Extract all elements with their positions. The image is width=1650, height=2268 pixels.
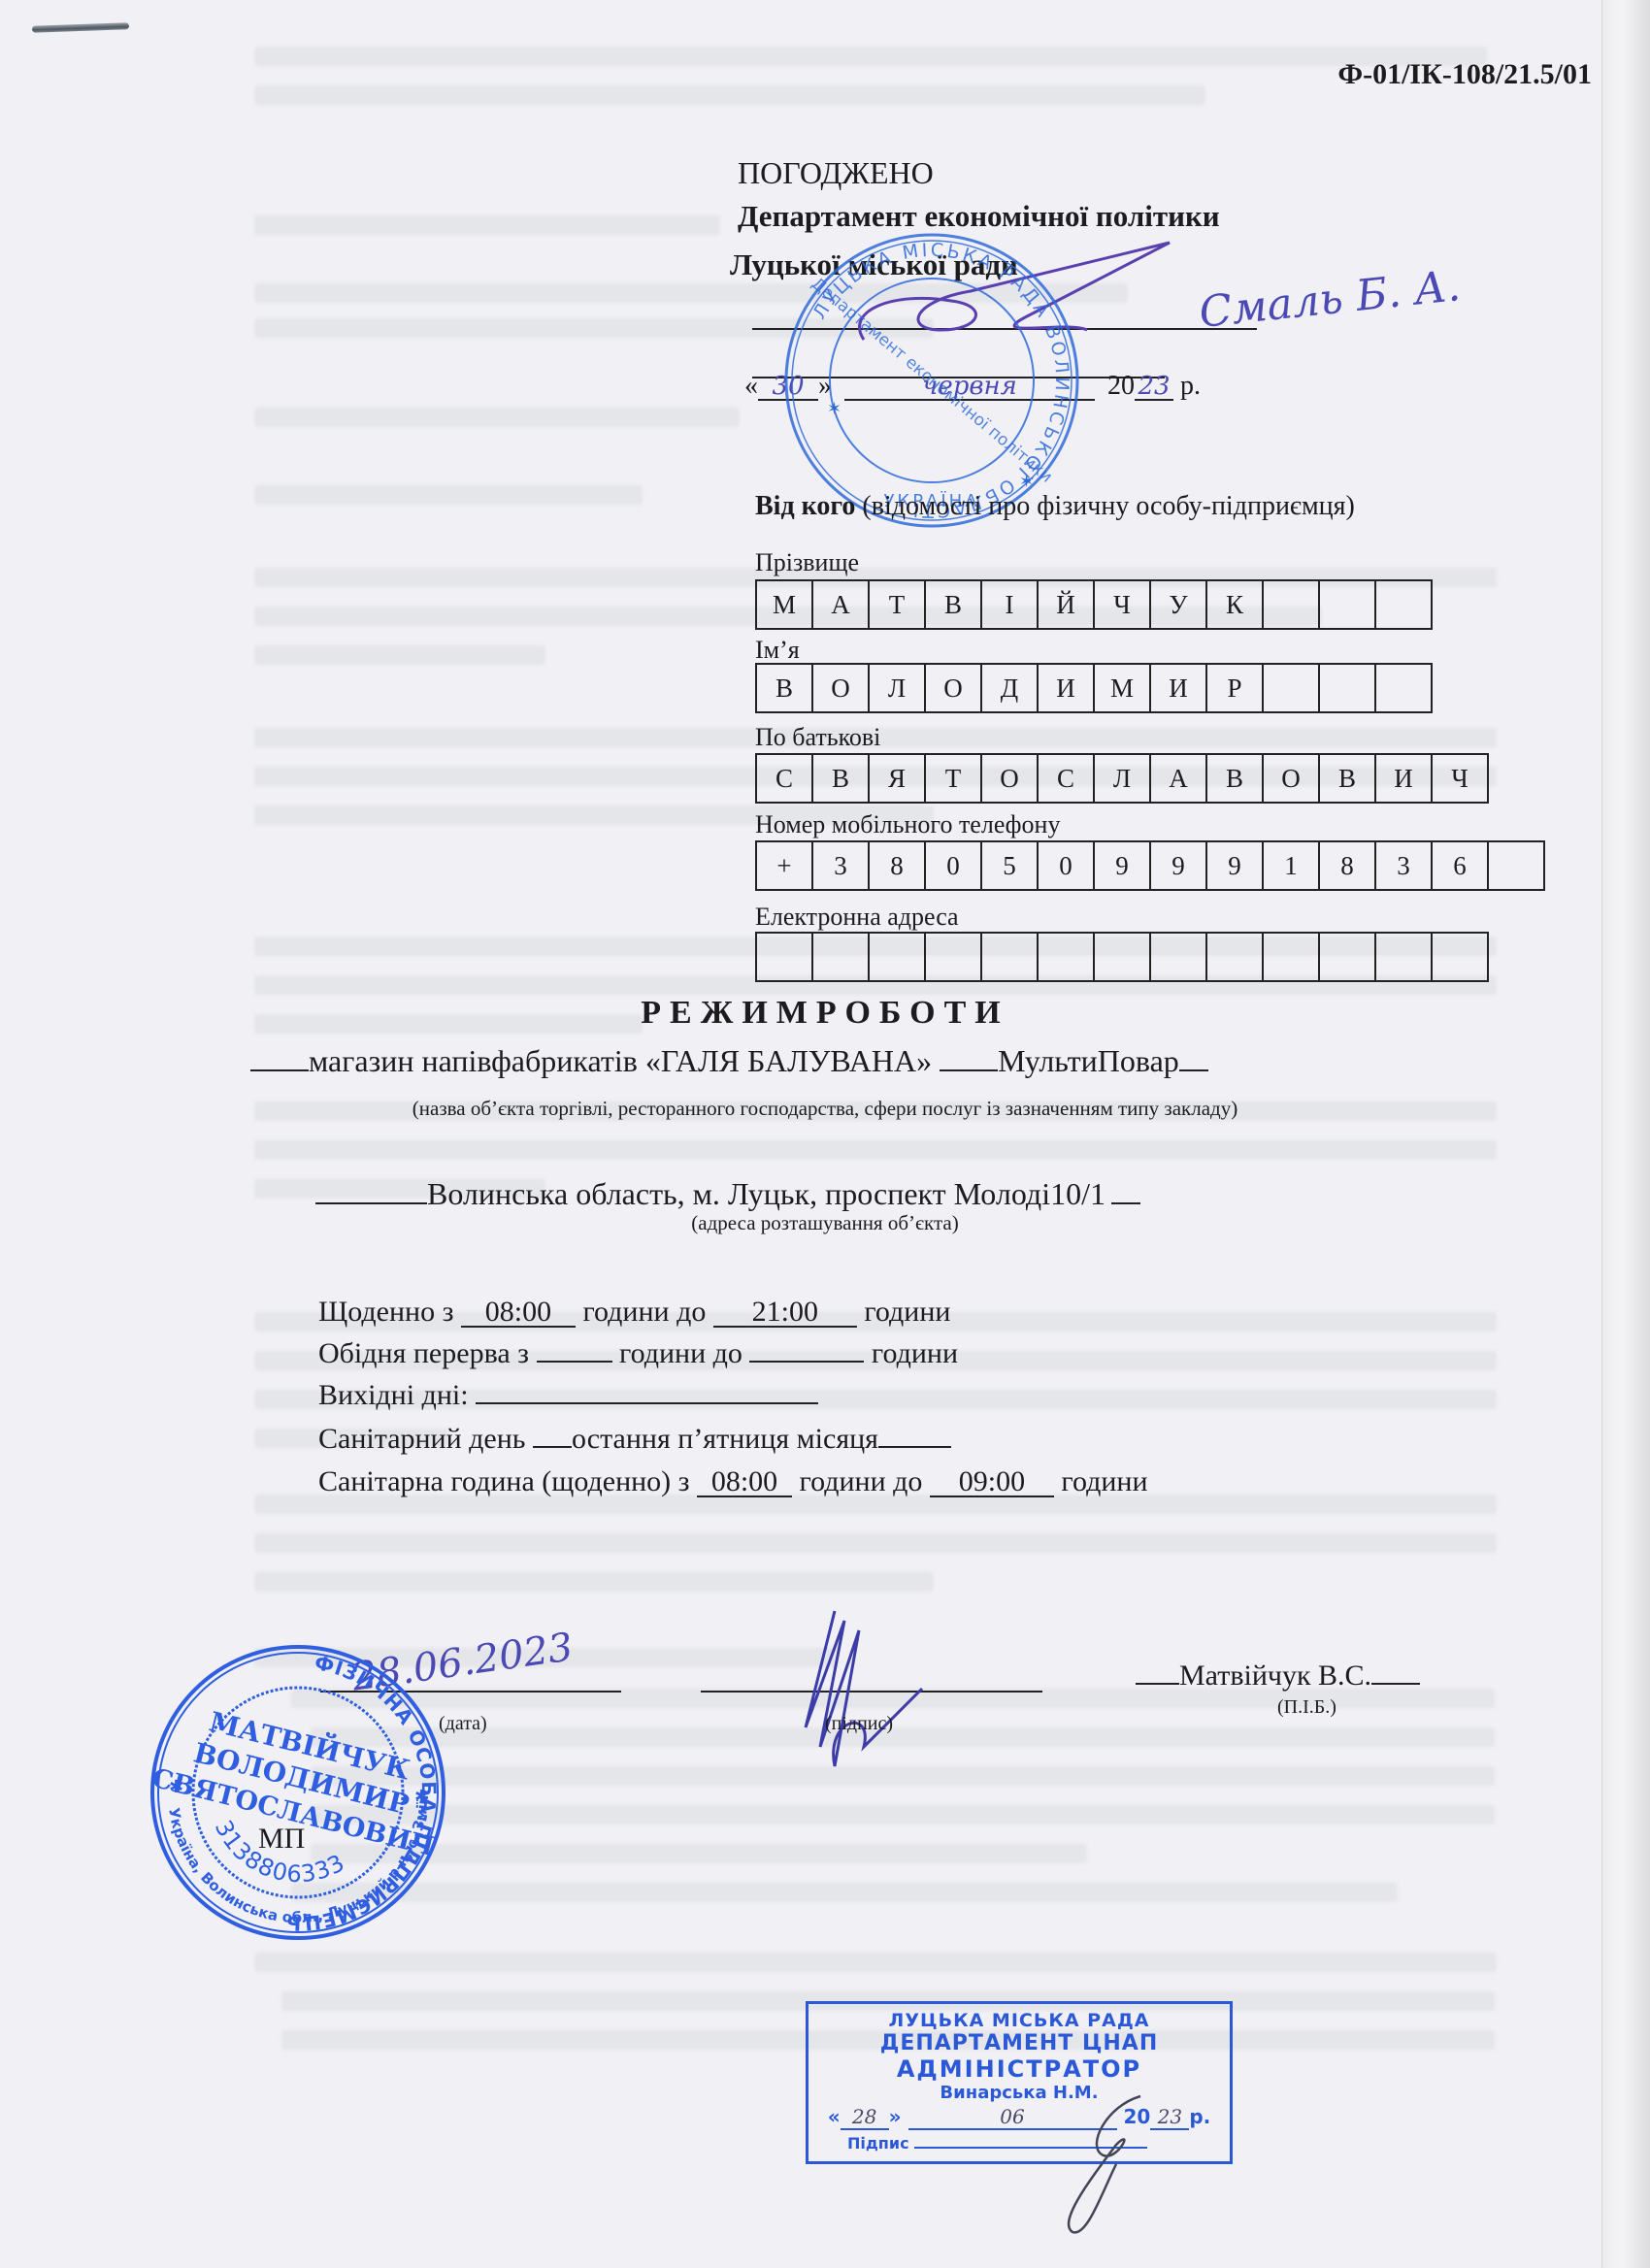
letter-cell: И: [1039, 665, 1095, 711]
letter-cell: 5: [982, 842, 1039, 889]
patronymic-label: По батькові: [755, 723, 880, 752]
phone-label: Номер мобільного телефону: [755, 810, 1060, 839]
letter-cell: [1320, 581, 1376, 628]
phone-field[interactable]: +380509991836: [755, 840, 1545, 891]
letter-cell: О: [982, 755, 1039, 802]
letter-cell: Я: [870, 755, 926, 802]
letter-cell: [1151, 934, 1207, 980]
letter-cell: М: [1095, 665, 1151, 711]
days-off-row: Вихідні дні:: [318, 1379, 818, 1412]
surname-field[interactable]: МАТВІЙЧУК: [755, 579, 1433, 630]
svg-text:✶: ✶: [827, 399, 841, 418]
name-field[interactable]: ВОЛОДИМИР: [755, 663, 1433, 713]
schedule-title: РЕЖИМРОБОТИ: [641, 995, 1008, 1032]
letter-cell: [1207, 934, 1264, 980]
sanitary-day-row: Санітарний день остання п’ятниця місяця: [318, 1423, 951, 1456]
lunch-break-row: Обідня перерва з години до години: [318, 1337, 958, 1370]
address-line: Волинська область, м. Луцьк, проспект Мо…: [315, 1176, 1140, 1212]
letter-cell: [1264, 934, 1320, 980]
letter-cell: 3: [1376, 842, 1433, 889]
letter-cell: С: [1039, 755, 1095, 802]
letter-cell: К: [1207, 581, 1264, 628]
sanitary-hour-end[interactable]: 09:00: [930, 1468, 1054, 1497]
form-code: Ф-01/ІК-108/21.5/01: [1337, 58, 1592, 91]
svg-text:Департамент економічної політи: Департамент економічної політики: [808, 274, 1056, 486]
letter-cell: [757, 934, 813, 980]
letter-cell: [1039, 934, 1095, 980]
admin-stamp: ЛУЦЬКА МІСЬКА РАДА ДЕПАРТАМЕНТ ЦНАП АДМІ…: [806, 2001, 1233, 2164]
letter-cell: Ч: [1095, 581, 1151, 628]
letter-cell: Т: [926, 755, 982, 802]
letter-cell: 8: [1320, 842, 1376, 889]
letter-cell: [926, 934, 982, 980]
letter-cell: И: [1151, 665, 1207, 711]
full-name-line: Матвійчук В.С.: [1136, 1660, 1420, 1693]
letter-cell: [1433, 934, 1489, 980]
letter-cell: Й: [1039, 581, 1095, 628]
letter-cell: А: [1151, 755, 1207, 802]
letter-cell: Д: [982, 665, 1039, 711]
object-brand: МультиПовар: [998, 1043, 1179, 1078]
department-stamp: ЛУЦЬКА МІСЬКА РАДА ВОЛИНСЬКОЇ ОБЛАСТІ УК…: [776, 225, 1087, 536]
object-address: Волинська область, м. Луцьк, проспект Мо…: [427, 1176, 1105, 1211]
letter-cell: 9: [1095, 842, 1151, 889]
scanner-edge: [1601, 0, 1650, 2268]
agreed-label: ПОГОДЖЕНО: [738, 155, 934, 191]
daily-open-time[interactable]: 08:00: [461, 1298, 576, 1328]
letter-cell: У: [1151, 581, 1207, 628]
object-name-line: магазин напівфабрикатів «ГАЛЯ БАЛУВАНА» …: [250, 1043, 1208, 1079]
sanitary-day-value[interactable]: остання п’ятниця місяця: [572, 1423, 878, 1455]
letter-cell: 0: [926, 842, 982, 889]
svg-text:✱: ✱: [169, 1777, 183, 1796]
letter-cell: Л: [1095, 755, 1151, 802]
letter-cell: Л: [870, 665, 926, 711]
full-name-caption: (П.І.Б.): [1277, 1696, 1336, 1719]
letter-cell: [1264, 665, 1320, 711]
daily-close-time[interactable]: 21:00: [713, 1298, 857, 1328]
sanitary-hour-start[interactable]: 08:00: [697, 1468, 792, 1497]
name-label: Ім’я: [755, 636, 800, 665]
days-off-value[interactable]: [476, 1402, 818, 1404]
letter-cell: [1264, 581, 1320, 628]
letter-cell: І: [982, 581, 1039, 628]
letter-cell: 1: [1264, 842, 1320, 889]
letter-cell: В: [757, 665, 813, 711]
patronymic-field[interactable]: СВЯТОСЛАВОВИЧ: [755, 753, 1489, 804]
letter-cell: [1320, 665, 1376, 711]
lunch-start-time[interactable]: [537, 1361, 612, 1363]
approval-year: 23: [1135, 374, 1173, 401]
applicant-signature-icon: [767, 1601, 941, 1795]
signature-caption: (підпис): [825, 1713, 893, 1735]
object-name-caption: (назва об’єкта торгівлі, ресторанного го…: [412, 1097, 1237, 1121]
letter-cell: В: [926, 581, 982, 628]
daily-hours-row: Щоденно з 08:00 години до 21:00 години: [318, 1296, 950, 1329]
letter-cell: С: [757, 755, 813, 802]
full-name: Матвійчук В.С.: [1179, 1660, 1371, 1692]
letter-cell: [982, 934, 1039, 980]
letter-cell: В: [1207, 755, 1264, 802]
lunch-end-time[interactable]: [749, 1361, 864, 1363]
letter-cell: О: [926, 665, 982, 711]
letter-cell: [1376, 934, 1433, 980]
email-field[interactable]: [755, 932, 1489, 982]
letter-cell: +: [757, 842, 813, 889]
applicant-stamp: ФІЗИЧНА ОСОБА-ПІДПРИЄМЕЦЬ Україна, Волин…: [148, 1642, 448, 1943]
letter-cell: Ч: [1433, 755, 1489, 802]
letter-cell: 0: [1039, 842, 1095, 889]
letter-cell: [1095, 934, 1151, 980]
letter-cell: М: [757, 581, 813, 628]
letter-cell: И: [1376, 755, 1433, 802]
letter-cell: В: [813, 755, 870, 802]
letter-cell: [1320, 934, 1376, 980]
applicant-section-title: Від кого (відомості про фізичну особу-пі…: [755, 491, 1355, 522]
letter-cell: О: [813, 665, 870, 711]
letter-cell: О: [1264, 755, 1320, 802]
sanitary-hour-row: Санітарна година (щоденно) з 08:00 годин…: [318, 1465, 1148, 1498]
letter-cell: Р: [1207, 665, 1264, 711]
letter-cell: 9: [1207, 842, 1264, 889]
svg-text:✱: ✱: [414, 1787, 429, 1806]
object-name: магазин напівфабрикатів «ГАЛЯ БАЛУВАНА»: [309, 1043, 932, 1078]
letter-cell: [1376, 581, 1433, 628]
email-label: Електронна адреса: [755, 903, 959, 932]
letter-cell: 3: [813, 842, 870, 889]
letter-cell: Т: [870, 581, 926, 628]
letter-cell: 8: [870, 842, 926, 889]
letter-cell: 6: [1433, 842, 1489, 889]
letter-cell: [1489, 842, 1545, 889]
admin-stamp-date: «28» 06 2023р.: [808, 2105, 1230, 2130]
letter-cell: [1376, 665, 1433, 711]
admin-signature-icon: [1048, 2087, 1155, 2242]
address-caption: (адреса розташування об’єкта): [691, 1211, 958, 1235]
seal-placeholder: МП: [258, 1823, 305, 1856]
surname-label: Прізвище: [755, 548, 859, 577]
letter-cell: [813, 934, 870, 980]
letter-cell: А: [813, 581, 870, 628]
svg-text:✶: ✶: [1019, 472, 1034, 491]
letter-cell: В: [1320, 755, 1376, 802]
letter-cell: 9: [1151, 842, 1207, 889]
letter-cell: [870, 934, 926, 980]
